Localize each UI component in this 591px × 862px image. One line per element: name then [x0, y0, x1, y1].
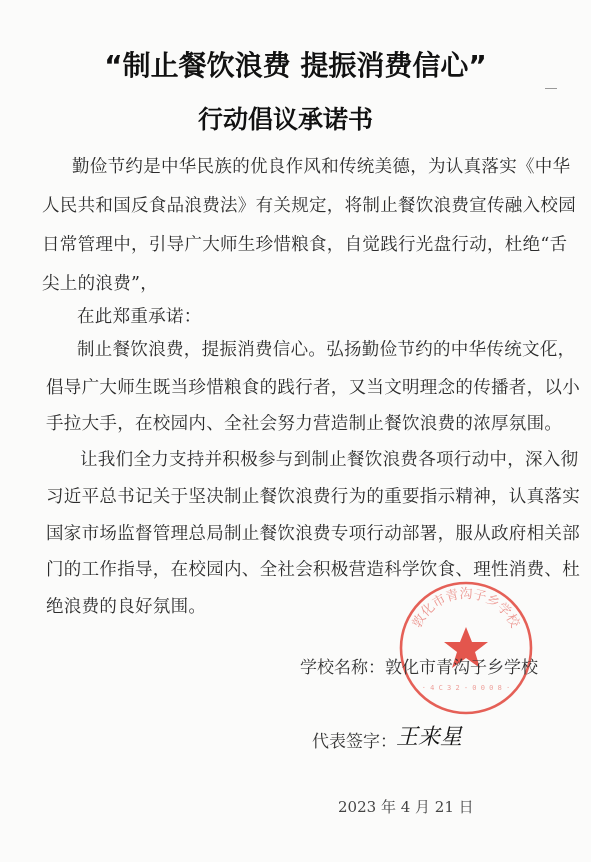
body-line: 让我们全力支持并积极参与到制止餐饮浪费各项行动中，深入彻: [80, 446, 578, 471]
school-name-label: 学校名称：: [300, 658, 385, 678]
signature-label: 代表签字：: [312, 727, 397, 752]
official-seal-stamp: 敦化市青沟子乡学校 · 4 C 3 2 - 0 0 0 8 ·: [398, 580, 534, 716]
body-line: 倡导广大师生既当珍惜粮食的践行者，又当文明理念的传播者，以小: [46, 374, 580, 399]
body-line: 在此郑重承诺：: [77, 303, 202, 328]
body-line: 人民共和国反食品浪费法》有关规定，将制止餐饮浪费宣传融入校园: [42, 192, 576, 217]
body-line: 制止餐饮浪费，提振消费信心。弘扬勤俭节约的中华传统文化，: [77, 336, 575, 361]
document-subtitle: 行动倡议承诺书: [0, 100, 571, 136]
body-line: 勤俭节约是中华民族的优良作风和传统美德，为认真落实《中华: [72, 153, 570, 178]
body-line: 手拉大手，在校园内、全社会努力营造制止餐饮浪费的浓厚氛围。: [46, 410, 562, 435]
body-line: 习近平总书记关于坚决制止餐饮浪费行为的重要指示精神，认真落实: [46, 483, 580, 508]
document-page: “制止餐饮浪费 提振消费信心” 行动倡议承诺书 勤俭节约是中华民族的优良作风和传…: [0, 0, 591, 862]
body-line: 国家市场监督管理总局制止餐饮浪费专项行动部署，服从政府相关部: [46, 520, 580, 545]
stamp-ring-text: 敦化市青沟子乡学校: [409, 586, 523, 631]
scan-margin-mark: [545, 340, 557, 341]
document-date: 2023 年 4 月 21 日: [338, 796, 474, 817]
body-line: 日常管理中，引导广大师生珍惜粮食，自觉践行光盘行动，杜绝“舌: [42, 231, 567, 256]
body-line: 绝浪费的良好氛围。: [46, 593, 206, 618]
body-line: 门的工作指导，在校园内、全社会积极营造科学饮食、理性消费、杜: [46, 556, 580, 581]
svg-text:· 4 C 3 2 - 0 0 0 8 ·: · 4 C 3 2 - 0 0 0 8 ·: [422, 684, 511, 692]
svg-text:敦化市青沟子乡学校: 敦化市青沟子乡学校: [409, 586, 523, 631]
scan-margin-mark: [545, 88, 557, 89]
document-title: “制止餐饮浪费 提振消费信心”: [0, 44, 591, 84]
handwritten-signature: 王来星: [396, 720, 462, 751]
body-line: 尖上的浪费”，: [42, 270, 158, 295]
school-name-row: 学校名称：敦化市青沟子乡学校: [300, 653, 538, 678]
school-name: 敦化市青沟子乡学校: [385, 658, 538, 678]
